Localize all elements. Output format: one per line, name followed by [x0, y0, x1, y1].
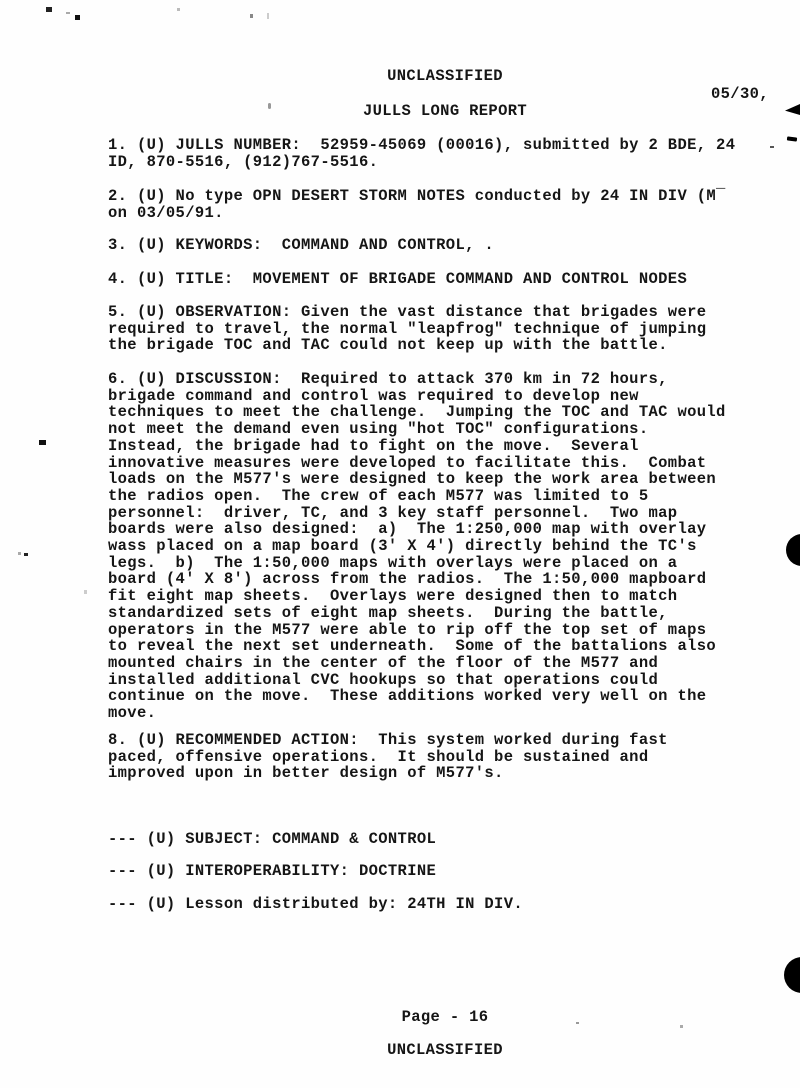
scan-speck-icon — [84, 590, 87, 594]
distribution-line-interoperability: --- (U) INTEROPERABILITY: DOCTRINE — [108, 863, 768, 880]
scan-speck-icon — [250, 14, 253, 18]
scan-speck-icon — [268, 103, 271, 109]
report-title: JULLS LONG REPORT — [110, 103, 780, 120]
paragraph-recommended-action: 8. (U) RECOMMENDED ACTION: This system w… — [108, 732, 768, 782]
scan-speck-icon — [267, 13, 269, 19]
paragraph-discussion: 6. (U) DISCUSSION: Required to attack 37… — [108, 371, 768, 722]
paragraph-opn-notes: 2. (U) No type OPN DESERT STORM NOTES co… — [108, 188, 768, 221]
classification-header: UNCLASSIFIED — [110, 68, 780, 85]
right-edge-blob-icon — [786, 534, 800, 566]
distribution-line-subject: --- (U) SUBJECT: COMMAND & CONTROL — [108, 831, 768, 848]
document-page: UNCLASSIFIED 05/30, JULLS LONG REPORT 1.… — [0, 0, 800, 1088]
scan-speck-icon — [24, 553, 28, 556]
scan-speck-icon — [177, 8, 180, 11]
scan-speck-icon — [75, 15, 80, 20]
scan-speck-icon — [576, 1022, 579, 1024]
scan-speck-icon — [770, 146, 774, 148]
right-edge-blob-icon — [784, 957, 800, 993]
scan-speck-icon — [39, 440, 46, 445]
paragraph-julls-number: 1. (U) JULLS NUMBER: 52959-45069 (00016)… — [108, 137, 768, 170]
right-edge-arrow-icon — [785, 104, 800, 115]
scan-speck-icon — [66, 12, 70, 14]
paragraph-title: 4. (U) TITLE: MOVEMENT OF BRIGADE COMMAN… — [108, 271, 768, 288]
classification-footer: UNCLASSIFIED — [110, 1042, 780, 1059]
scan-speck-icon — [680, 1025, 683, 1028]
scan-speck-icon — [18, 552, 21, 555]
right-edge-tick-icon — [787, 136, 797, 141]
paragraph-keywords: 3. (U) KEYWORDS: COMMAND AND CONTROL, . — [108, 237, 768, 254]
page-number: Page - 16 — [110, 1009, 780, 1026]
distribution-line-lesson: --- (U) Lesson distributed by: 24TH IN D… — [108, 896, 768, 913]
scan-speck-icon — [46, 7, 52, 12]
paragraph-observation: 5. (U) OBSERVATION: Given the vast dista… — [108, 304, 768, 354]
date-fragment: 05/30, — [711, 86, 769, 103]
